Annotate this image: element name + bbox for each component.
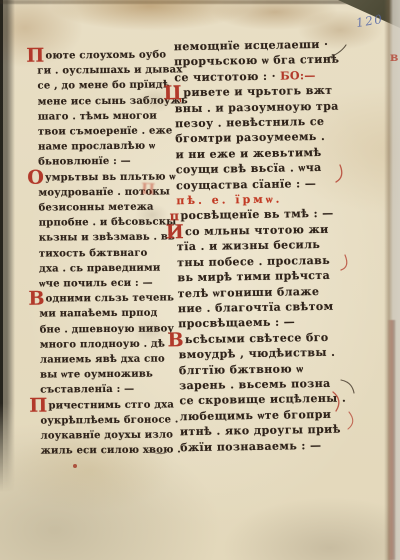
line-text: се чистотою : ·	[174, 69, 276, 84]
line-text: оукрѣплѣемь бгоносе .	[40, 414, 178, 426]
rubric-text: БО:—	[276, 69, 316, 83]
manuscript-line: соущи свѣ вьсїа . ѡча	[176, 160, 343, 178]
line-text: много плодноую . дѣ	[40, 338, 165, 350]
line-text: пезоу . невѣстниль се	[175, 115, 324, 130]
manuscript-line: вмоудрѣ , чюдѣиствы .	[179, 345, 346, 363]
line-text: съставленїа : —	[40, 384, 134, 396]
line-text: бьновлюнїе : —	[38, 156, 131, 168]
line-text: ривете и чрьтогь вжт	[183, 84, 332, 99]
line-text: се , до мене бо прїидѣ .	[37, 80, 177, 92]
line-text: бгомтри разоумеемь .	[175, 130, 325, 145]
line-text: ние . благочтїа свѣтом	[178, 300, 334, 315]
line-text: кьзны и звѣзмавь . вь	[39, 232, 175, 244]
line-text: ми напаѣемь прпод	[39, 308, 157, 320]
right-text-column: немощнїе исцелаеши ·прорчьскою ѡ бга сти…	[163, 37, 347, 456]
rubric-text: пѣ. е. їрмѡ.	[176, 193, 282, 208]
page-edge-left-shadow	[0, 0, 15, 492]
line-text: тїа . и жизны бесиль	[177, 238, 320, 253]
edge-bleed-text: в	[390, 50, 398, 64]
line-text: и ни еже и жевьтимѣ	[175, 146, 321, 161]
line-text: просвѣщаемь : —	[178, 316, 295, 331]
line-text: прпобне . и бѣсовьскы	[39, 217, 177, 229]
manuscript-line: вь мирѣ тими прѣчста	[177, 268, 344, 286]
line-text: ричестнимь стго дха	[48, 399, 174, 411]
line-text: ланиемь явѣ дха спо	[40, 354, 165, 366]
line-text: вь мирѣ тими прѣчста	[177, 269, 330, 284]
line-text: ги . оуслышахь и дывах	[37, 65, 182, 77]
line-text: наме прославлѣю ѡ	[38, 141, 155, 153]
manuscript-line: бжїи познаваемь : —	[180, 437, 347, 455]
line-text: оюте слоухомь оубо	[45, 49, 166, 61]
gutter-bleed-text: П	[141, 180, 156, 199]
line-text: зарень . вьсемь позна	[179, 377, 331, 392]
manuscript-line: ние . благочтїа свѣтом	[178, 299, 345, 317]
manuscript-line: итнѣ . яко дроугы приѣ	[180, 422, 347, 440]
line-text: бне . дшевноую нивоу	[40, 323, 174, 335]
line-text: соущаства сїанїе : —	[176, 177, 316, 192]
line-text: вы ѡте оумноживь	[40, 369, 153, 381]
line-text: ѡче почиль еси : —	[39, 278, 153, 290]
line-text: вны . и разоумноую тра	[175, 99, 339, 115]
line-text: умрьтвы вь пльтью ѡ	[45, 171, 176, 183]
line-text: вмоудрѣ , чюдѣиствы .	[179, 346, 336, 361]
line-text: бжїи познаваемь : —	[180, 439, 321, 454]
line-text: прорчьскою ѡ бга стинѣ	[174, 53, 339, 69]
line-text: росвѣщенїе вь тмѣ : —	[180, 207, 333, 222]
line-text: безисонны метежа	[39, 202, 154, 214]
ink-dot	[73, 464, 77, 468]
folio-number: 120	[355, 12, 384, 30]
line-text: тны побесе . прославь	[177, 254, 330, 269]
line-text: шаго . тѣмь многои	[38, 110, 157, 122]
manuscript-line: прорчьскою ѡ бга стинѣ	[174, 52, 341, 70]
line-text: жиль еси силою хвою .	[41, 445, 181, 457]
line-text: ьсѣсыми свѣтесе бго	[185, 331, 329, 346]
line-text: любещимь ѡте бгопри	[180, 408, 332, 423]
line-text: со мльны чтотою жи	[185, 223, 329, 238]
line-text: одними сльзь течень	[46, 293, 174, 305]
line-text: лоукавнїе доухы изло	[41, 430, 174, 442]
line-text: блгтїю бжтвною ѡ	[179, 362, 304, 377]
manuscript-page-photo: 120 Поюте слоухомь оубоги . оуслышахь и …	[0, 0, 400, 560]
line-text: телѣ ѡгониши блаже	[178, 284, 320, 299]
line-text: немощнїе исцелаеши ·	[174, 38, 329, 53]
page-edge-red-stain	[387, 320, 396, 560]
line-text: итнѣ . яко дроугы приѣ	[180, 423, 341, 439]
line-text: соущи свѣ вьсїа . ѡча	[176, 161, 322, 176]
line-text: твои съмоеренїе . еже	[38, 125, 173, 137]
line-text: се скровище исцѣлены .	[179, 392, 346, 408]
line-text: дха . сь праведними	[39, 262, 160, 274]
line-text: тихость бжтвнаго	[39, 247, 148, 259]
